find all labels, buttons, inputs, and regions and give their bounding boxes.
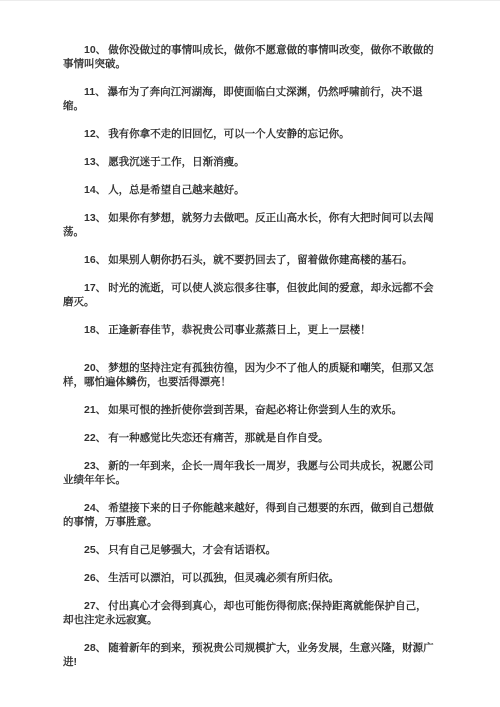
quote-item: 26、生活可以漂泊，可以孤独，但灵魂必须有所归依。 xyxy=(63,571,437,585)
quote-number: 28、 xyxy=(84,642,108,654)
quote-text: 时光的流逝，可以使人淡忘很多往事，但彼此间的爱意，却永远都不会磨灭。 xyxy=(63,282,434,308)
quote-item: 20、梦想的坚持注定有孤独彷徨，因为少不了他人的质疑和嘲笑，但那又怎样，哪怕遍体… xyxy=(63,361,437,389)
quote-item: 23、新的一年到来，企长一周年我长一周岁，我愿与公司共成长，祝愿公司业绩年年长。 xyxy=(63,459,437,487)
quote-item: 16、如果别人朝你扔石头，就不要扔回去了，留着做你建高楼的基石。 xyxy=(63,253,437,267)
quote-number: 22、 xyxy=(84,432,108,444)
quote-item: 18、正逢新春佳节，恭祝贵公司事业蒸蒸日上，更上一层楼！ xyxy=(63,323,437,337)
quote-item: 17、时光的流逝，可以使人淡忘很多往事，但彼此间的爱意，却永远都不会磨灭。 xyxy=(63,281,437,309)
quote-text: 梦想的坚持注定有孤独彷徨，因为少不了他人的质疑和嘲笑，但那又怎样，哪怕遍体鳞伤，… xyxy=(63,362,434,388)
quote-text: 随着新年的到来，预祝贵公司规模扩大，业务发展，生意兴隆，财源广进! xyxy=(63,642,434,668)
quote-item: 25、只有自己足够强大，才会有话语权。 xyxy=(63,543,437,557)
quote-text: 有一种感觉比失恋还有痛苦，那就是自作自受。 xyxy=(108,432,329,444)
quote-item: 28、随着新年的到来，预祝贵公司规模扩大，业务发展，生意兴隆，财源广进! xyxy=(63,641,437,669)
quote-item: 27、付出真心才会得到真心，却也可能伤得彻底;保持距离就能保护自己，却也注定永远… xyxy=(63,599,437,627)
quote-text: 希望接下来的日子你能越来越好，得到自己想要的东西，做到自己想做的事情，万事胜意。 xyxy=(63,502,434,528)
quote-text: 付出真心才会得到真心，却也可能伤得彻底;保持距离就能保护自己，却也注定永远寂寞。 xyxy=(63,600,427,626)
quote-number: 17、 xyxy=(84,282,108,294)
quote-item: 12、我有你拿不走的旧回忆，可以一个人安静的忘记你。 xyxy=(63,127,437,141)
quote-number: 14、 xyxy=(84,184,108,196)
quote-text: 人，总是希望自己越来越好。 xyxy=(108,184,245,196)
quote-number: 13、 xyxy=(84,156,108,168)
quote-item: 11、瀑布为了奔向江河湖海，即使面临白丈深渊，仍然呼啸前行，决不退缩。 xyxy=(63,85,437,113)
quote-number: 25、 xyxy=(84,544,108,556)
quote-number: 13、 xyxy=(84,212,108,224)
quote-text: 做你没做过的事情叫成长，做你不愿意做的事情叫改变，做你不敢做的事情叫突破。 xyxy=(63,44,434,70)
quote-text: 生活可以漂泊，可以孤独，但灵魂必须有所归依。 xyxy=(108,572,339,584)
quote-text: 愿我沉迷于工作，日渐消瘦。 xyxy=(108,156,245,168)
quote-number: 27、 xyxy=(84,600,108,612)
quote-list: 10、做你没做过的事情叫成长，做你不愿意做的事情叫改变，做你不敢做的事情叫突破。… xyxy=(0,1,500,669)
quote-number: 26、 xyxy=(84,572,108,584)
quote-number: 10、 xyxy=(84,44,108,56)
quote-text: 如果你有梦想，就努力去做吧。反正山高水长，你有大把时间可以去闯荡。 xyxy=(63,212,434,238)
quote-item: 14、人，总是希望自己越来越好。 xyxy=(63,183,437,197)
quote-item: 21、如果可恨的挫折使你尝到苦果，奋起必将让你尝到人生的欢乐。 xyxy=(63,403,437,417)
document-page: 10、做你没做过的事情叫成长，做你不愿意做的事情叫改变，做你不敢做的事情叫突破。… xyxy=(0,0,500,707)
quote-text: 如果可恨的挫折使你尝到苦果，奋起必将让你尝到人生的欢乐。 xyxy=(108,404,402,416)
quote-number: 11、 xyxy=(84,86,108,98)
quote-text: 瀑布为了奔向江河湖海，即使面临白丈深渊，仍然呼啸前行，决不退缩。 xyxy=(63,86,423,112)
quote-text: 我有你拿不走的旧回忆，可以一个人安静的忘记你。 xyxy=(108,128,350,140)
quote-item: 10、做你没做过的事情叫成长，做你不愿意做的事情叫改变，做你不敢做的事情叫突破。 xyxy=(63,43,437,71)
quote-text: 新的一年到来，企长一周年我长一周岁，我愿与公司共成长，祝愿公司业绩年年长。 xyxy=(63,460,434,486)
quote-text: 如果别人朝你扔石头，就不要扔回去了，留着做你建高楼的基石。 xyxy=(108,254,413,266)
quote-text: 正逢新春佳节，恭祝贵公司事业蒸蒸日上，更上一层楼！ xyxy=(108,324,371,336)
quote-number: 16、 xyxy=(84,254,108,266)
quote-number: 23、 xyxy=(84,460,108,472)
quote-number: 21、 xyxy=(84,404,108,416)
quote-text: 只有自己足够强大，才会有话语权。 xyxy=(108,544,276,556)
quote-number: 18、 xyxy=(84,324,108,336)
quote-number: 24、 xyxy=(84,502,108,514)
quote-item: 22、有一种感觉比失恋还有痛苦，那就是自作自受。 xyxy=(63,431,437,445)
quote-item: 13、愿我沉迷于工作，日渐消瘦。 xyxy=(63,155,437,169)
quote-number: 20、 xyxy=(84,362,108,374)
quote-item: 13、如果你有梦想，就努力去做吧。反正山高水长，你有大把时间可以去闯荡。 xyxy=(63,211,437,239)
quote-item: 24、希望接下来的日子你能越来越好，得到自己想要的东西，做到自己想做的事情，万事… xyxy=(63,501,437,529)
quote-number: 12、 xyxy=(84,128,108,140)
